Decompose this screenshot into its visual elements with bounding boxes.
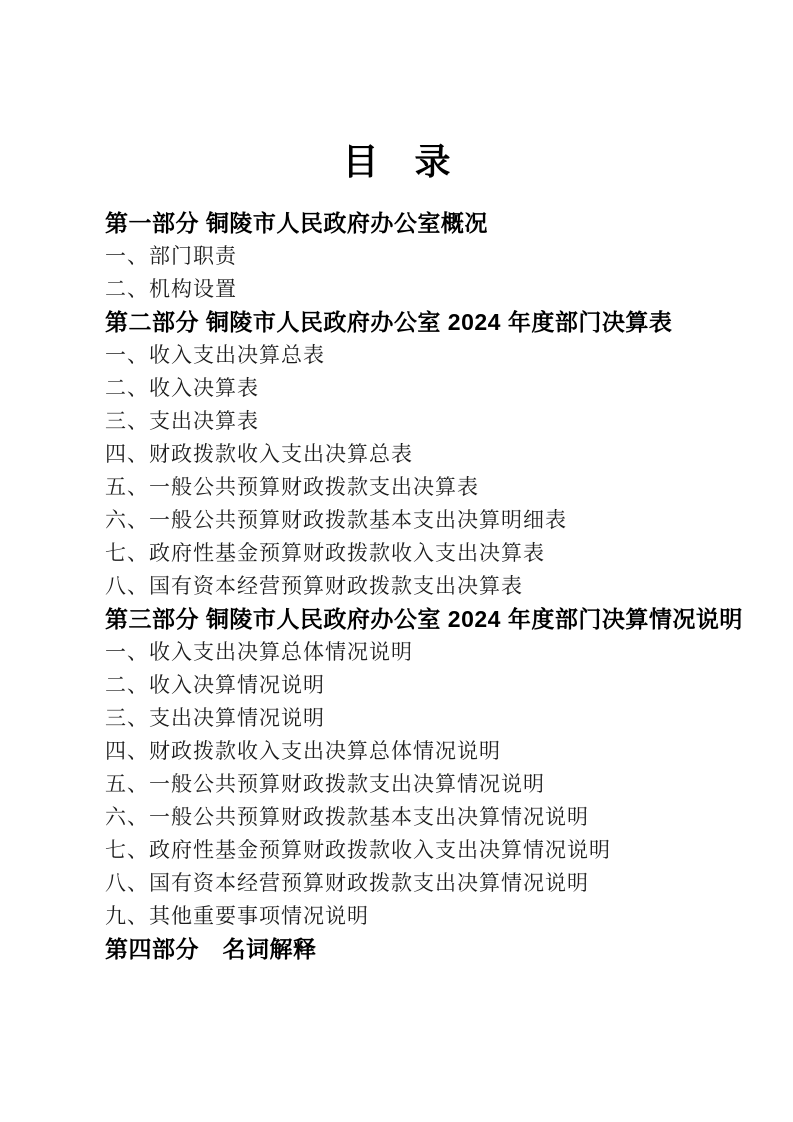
toc-item: 七、政府性基金预算财政拨款收入支出决算情况说明 (105, 834, 688, 867)
toc-item: 六、一般公共预算财政拨款基本支出决算情况说明 (105, 801, 688, 834)
toc-item: 二、收入决算情况说明 (105, 669, 688, 702)
toc-heading-part4: 第四部分 名词解释 (105, 933, 688, 966)
toc-item: 八、国有资本经营预算财政拨款支出决算情况说明 (105, 867, 688, 900)
toc-item: 五、一般公共预算财政拨款支出决算情况说明 (105, 768, 688, 801)
toc-item: 八、国有资本经营预算财政拨款支出决算表 (105, 570, 688, 603)
document-page: 目 录 第一部分 铜陵市人民政府办公室概况 一、部门职责 二、机构设置 第二部分… (0, 0, 793, 1122)
toc-heading-part2: 第二部分 铜陵市人民政府办公室 2024 年度部门决算表 (105, 306, 688, 339)
toc-item: 四、财政拨款收入支出决算总表 (105, 438, 688, 471)
toc-item: 五、一般公共预算财政拨款支出决算表 (105, 471, 688, 504)
toc-item: 一、收入支出决算总表 (105, 339, 688, 372)
toc-item: 三、支出决算情况说明 (105, 702, 688, 735)
toc-item: 二、机构设置 (105, 273, 688, 306)
toc-item: 一、收入支出决算总体情况说明 (105, 636, 688, 669)
toc-item: 一、部门职责 (105, 240, 688, 273)
toc-item: 四、财政拨款收入支出决算总体情况说明 (105, 735, 688, 768)
toc-item: 三、支出决算表 (105, 405, 688, 438)
toc-heading-part1: 第一部分 铜陵市人民政府办公室概况 (105, 207, 688, 240)
toc-item: 九、其他重要事项情况说明 (105, 900, 688, 933)
document-title: 目 录 (105, 144, 688, 180)
toc-item: 七、政府性基金预算财政拨款收入支出决算表 (105, 537, 688, 570)
toc-item: 六、一般公共预算财政拨款基本支出决算明细表 (105, 504, 688, 537)
toc-item: 二、收入决算表 (105, 372, 688, 405)
toc-list: 第一部分 铜陵市人民政府办公室概况 一、部门职责 二、机构设置 第二部分 铜陵市… (105, 207, 688, 966)
toc-heading-part3: 第三部分 铜陵市人民政府办公室 2024 年度部门决算情况说明 (105, 603, 688, 636)
